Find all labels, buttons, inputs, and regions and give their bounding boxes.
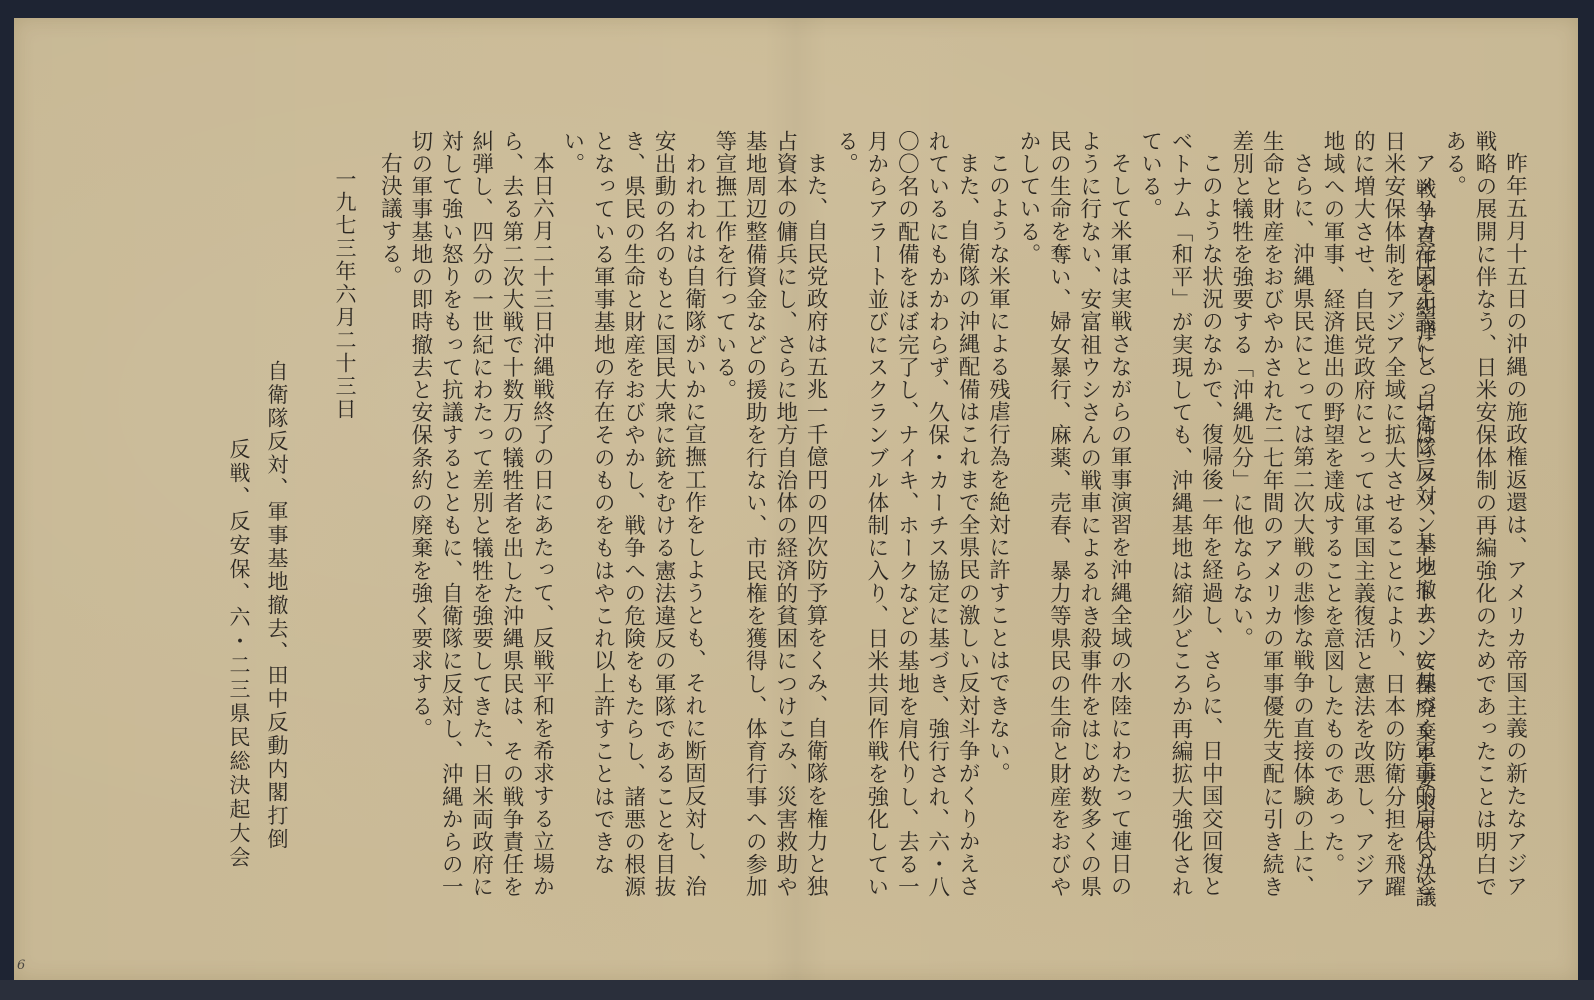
paragraph-3: さらに、沖縄県民にとっては第二次大戦の悲惨な戦争の直接体験の上に、生命と財産をお… [1225,130,1316,916]
resolution-date: 一九七三年六月二十三日 [330,168,360,421]
paragraph-4: このような状況のなかで、復帰後一年を経過し、さらに、日中国交回復とベトナム「和平… [1134,130,1225,916]
paragraph-2: アメリカ帝国主義にとってはニクソンドクトリンに基づく軍事的肩代りと日米安保体制を… [1317,130,1439,916]
paragraph-10: 本日六月二十三日沖縄戦終了の日にあたって、反戦平和を希求する立場から、去る第二次… [404,130,556,916]
scan-border [0,980,1594,1000]
organizer-slogans: 自衛隊反対、軍事基地撤去、田中反動内閣打倒 [262,360,292,851]
paragraph-8: また、自民党政府は五兆一千億円の四次防予算をくみ、自衛隊を権力と独占資本の傭兵に… [708,130,830,916]
document-page: 戦争責任を糾弾し、自衛隊反対、基地撤去、安保廃棄を要求する決議 昨年五月十五日の… [14,18,1578,980]
paragraph-5: そして米軍は実戦さながらの軍事演習を沖縄全域の水陸にわたって連日のように行ない、… [1013,130,1135,916]
page-number: 6 [17,958,25,973]
paragraph-6: このような米軍による残虐行為を絶対に許すことはできない。 [982,130,1012,916]
organizer-name: 反戦、反安保、六・二三県民総決起大会 [224,438,254,870]
resolution-body: 昨年五月十五日の沖縄の施政権返還は、アメリカ帝国主義の新たなアジア戦略の展開に伴… [374,130,1529,916]
paragraph-9: われわれは自衛隊がいかに宣撫工作をしようとも、それに断固反対し、治安出動の名のも… [556,130,708,916]
paragraph-7: また、自衛隊の沖縄配備はこれまで全県民の激しい反対斗争がくりかえされているにもか… [830,130,982,916]
paragraph-closing: 右決議する。 [374,130,404,916]
paragraph-1: 昨年五月十五日の沖縄の施政権返還は、アメリカ帝国主義の新たなアジア戦略の展開に伴… [1438,130,1529,916]
